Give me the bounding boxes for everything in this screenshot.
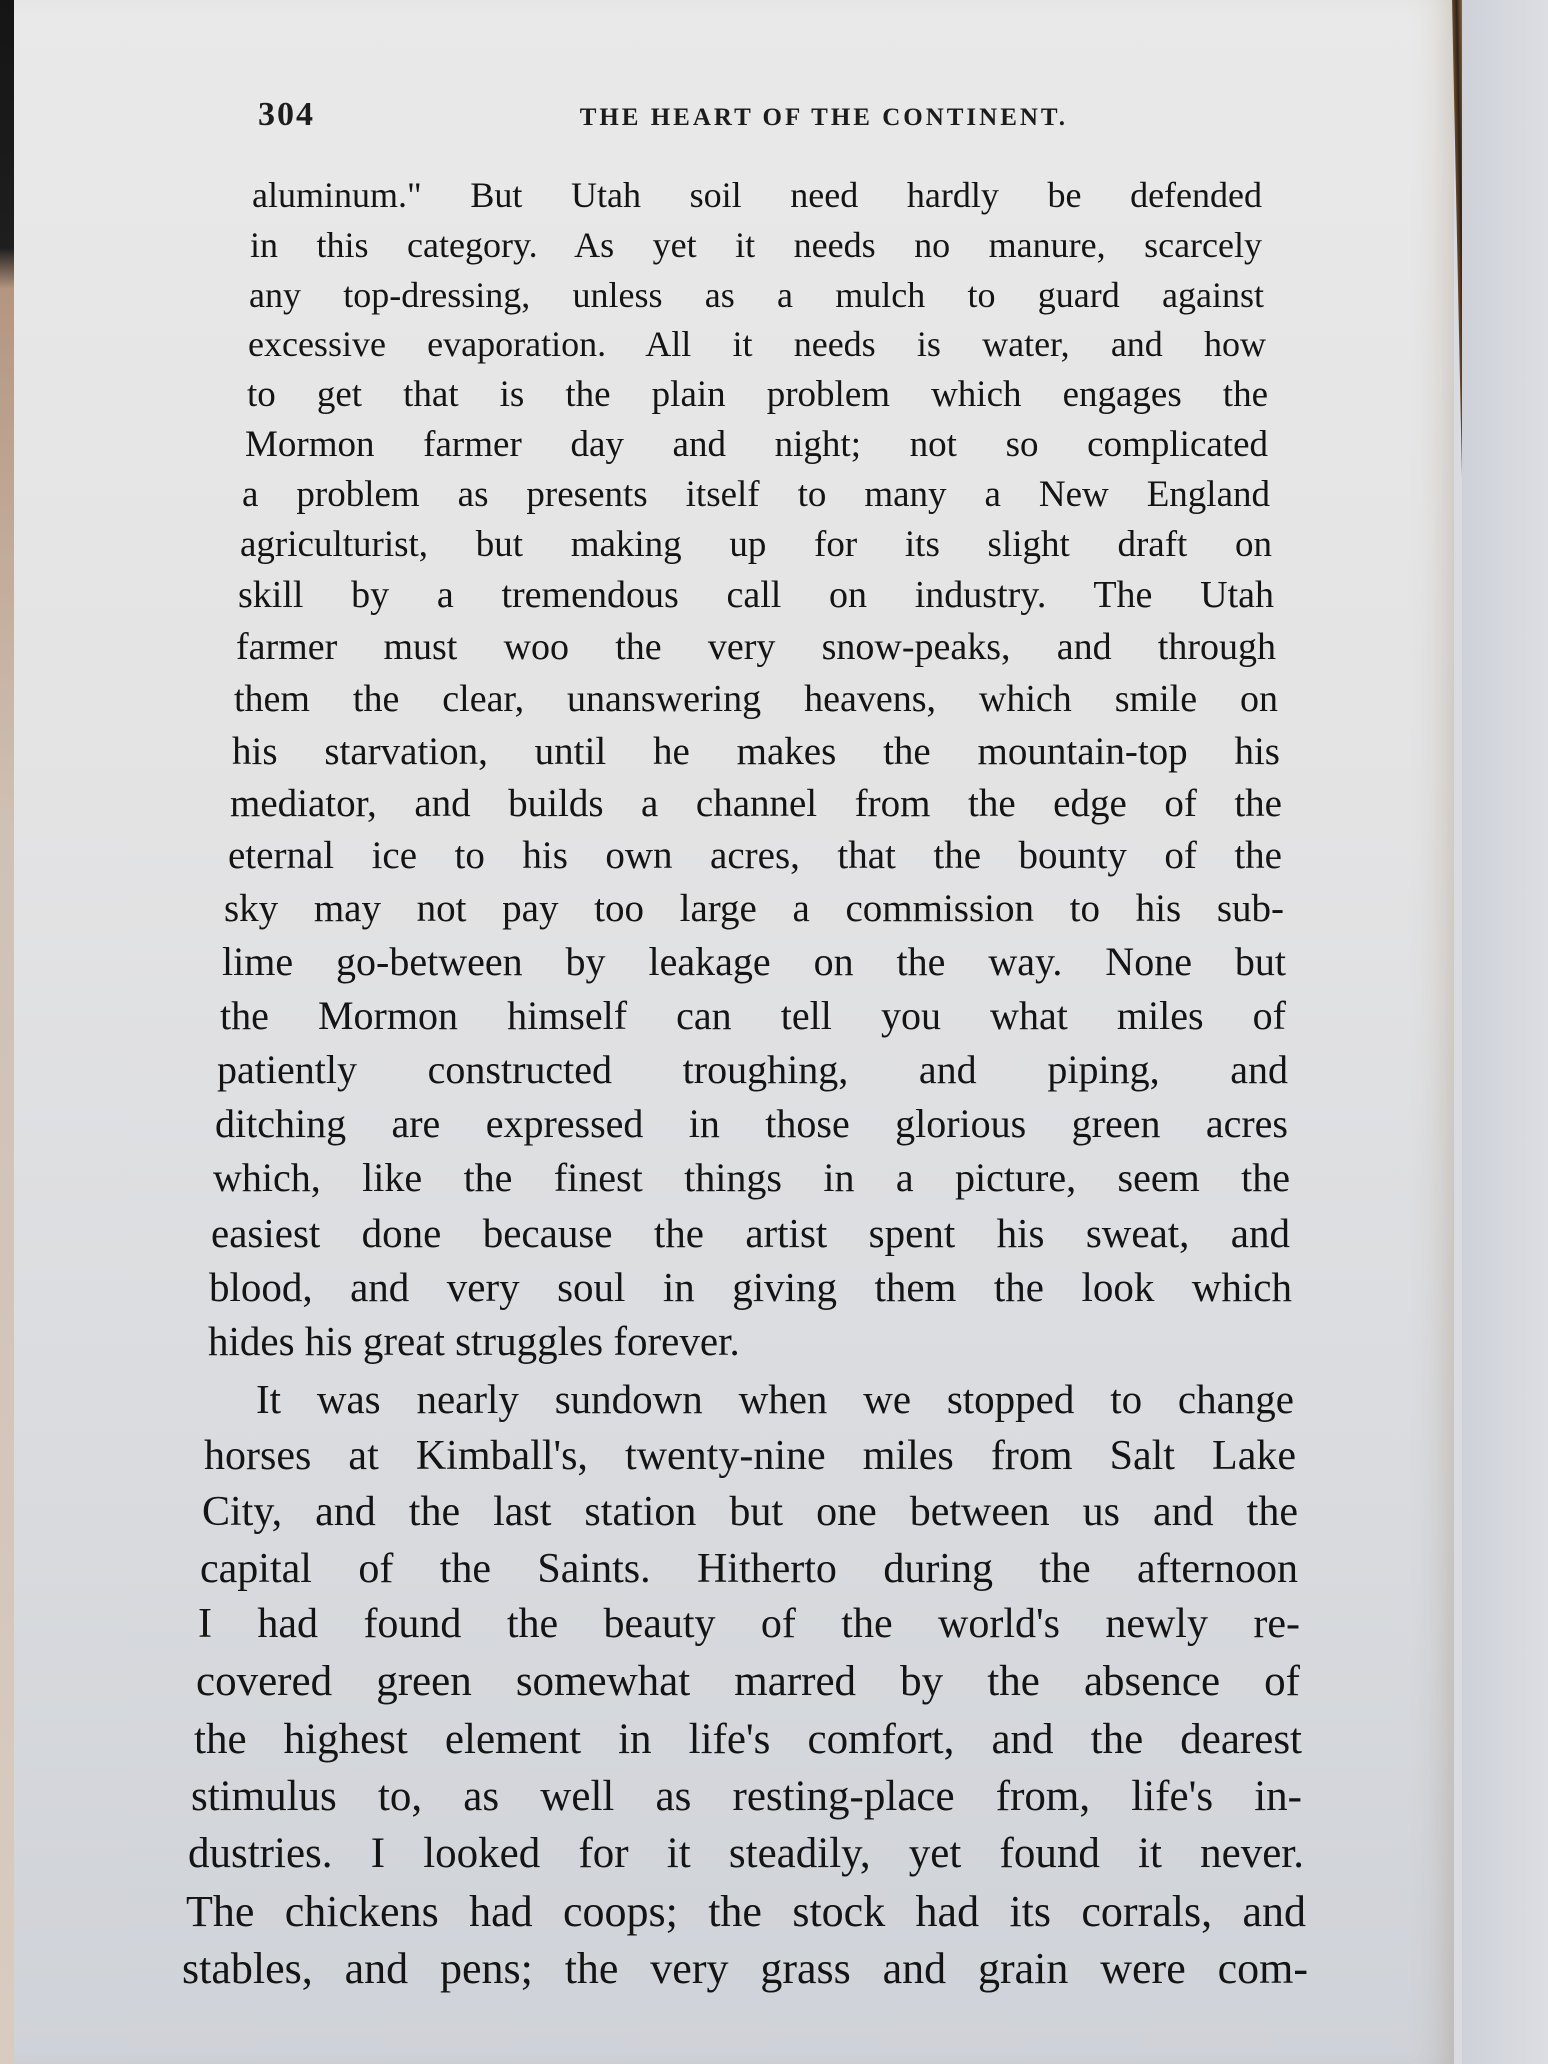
text-line: eternal ice to his own acres, that the b… [228, 836, 1282, 875]
text-line: sky may not pay too large a commission t… [224, 889, 1284, 928]
text-line: any top-dressing, unless as a mulch to g… [249, 277, 1264, 313]
text-line: capital of the Saints. Hitherto during t… [200, 1548, 1298, 1590]
text-line: The chickens had coops; the stock had it… [186, 1890, 1306, 1934]
text-line: in this category. As yet it needs no man… [250, 227, 1262, 263]
text-line: easiest done because the artist spent hi… [211, 1213, 1290, 1254]
text-line: horses at Kimball's, twenty-nine miles f… [204, 1435, 1296, 1477]
text-line: stables, and pens; the very grass and gr… [182, 1947, 1308, 1991]
text-line: patiently constructed troughing, and pip… [217, 1050, 1288, 1090]
text-line: a problem as presents itself to many a N… [242, 476, 1270, 513]
text-line: mediator, and builds a channel from the … [230, 784, 1282, 823]
text-line: blood, and very soul in giving them the … [209, 1267, 1292, 1308]
text-line: which, like the finest things in a pictu… [213, 1158, 1290, 1198]
text-line: excessive evaporation. All it needs is w… [248, 326, 1266, 362]
text-line: the Mormon himself can tell you what mil… [220, 996, 1286, 1036]
text-line: lime go-between by leakage on the way. N… [222, 942, 1286, 982]
text-line: I had found the beauty of the world's ne… [198, 1603, 1300, 1645]
text-line: hides his great struggles forever. [208, 1321, 740, 1362]
page-header: 304 THE HEART OF THE CONTINENT. [258, 96, 1068, 134]
text-line: dustries. I looked for it steadily, yet … [188, 1832, 1304, 1875]
text-line: ditching are expressed in those glorious… [215, 1104, 1288, 1144]
text-line: agriculturist, but making up for its sli… [240, 526, 1272, 563]
running-head: THE HEART OF THE CONTINENT. [580, 104, 1068, 132]
text-line: stimulus to, as well as resting-place fr… [191, 1775, 1302, 1818]
text-line: covered green somewhat marred by the abs… [196, 1660, 1300, 1703]
text-line: to get that is the plain problem which e… [247, 376, 1268, 413]
text-line: Mormon farmer day and night; not so comp… [245, 426, 1268, 463]
text-line: the highest element in life's comfort, a… [194, 1718, 1302, 1761]
text-line: It was nearly sundown when we stopped to… [256, 1379, 1294, 1420]
text-line: City, and the last station but one betwe… [202, 1491, 1298, 1533]
text-line: skill by a tremendous call on industry. … [238, 576, 1274, 614]
page-number: 304 [258, 96, 315, 134]
text-line: them the clear, unanswering heavens, whi… [234, 680, 1278, 718]
text-line: farmer must woo the very snow-peaks, and… [236, 628, 1276, 666]
text-line: aluminum." But Utah soil need hardly be … [252, 177, 1262, 213]
page-content: 304 THE HEART OF THE CONTINENT. aluminum… [0, 0, 1548, 2064]
text-line: his starvation, until he makes the mount… [232, 732, 1280, 771]
